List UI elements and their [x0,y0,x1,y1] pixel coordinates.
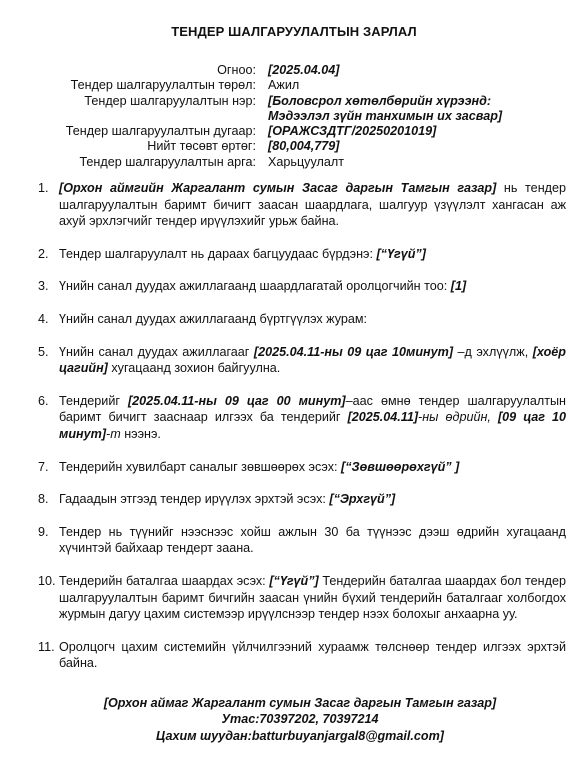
list-item-text: Үнийн санал дуудах ажиллагаанд шаардлага… [59,278,566,295]
item-text-segment: -т [106,427,121,441]
meta-value-type: Ажил [268,78,588,93]
item-text-segment: Үнийн санал дуудах ажиллагааг [59,345,254,359]
emphasized-value: [“Үгүй”] [376,247,425,261]
list-item: 5.Үнийн санал дуудах ажиллагааг [2025.04… [38,344,566,377]
meta-row-date: Огноо: [2025.04.04] [0,63,588,78]
meta-value-budget: [80,004,779] [268,139,588,154]
list-item-text: Оролцогч цахим системийн үйлчилгээний ху… [59,639,566,672]
emphasized-value: [2025.04.11-ны 09 цаг 00 минут] [128,394,346,408]
footer-email: Цахим шуудан:batturbuyanjargal8@gmail.co… [0,728,588,744]
emphasized-value: [“Үгүй”] [269,574,318,588]
list-item-number: 7. [38,459,59,476]
meta-value-name: [Боловсрол хөтөлбөрийн хүрээнд: [268,94,588,109]
footer-organization: [Орхон аймаг Жаргалант сумын Засаг даргы… [0,695,588,711]
list-item-number: 10. [38,573,59,623]
item-text-segment: Тендерийн хувилбарт саналыг зөвшөөрөх эс… [59,460,341,474]
list-item-text: [Орхон аймгийн Жаргалант сумын Засаг дар… [59,180,566,230]
item-text-segment: Үнийн санал дуудах ажиллагаанд бүртгүүлэ… [59,312,367,326]
meta-label-empty [0,109,268,124]
emphasized-value: [“Зөвшөөрөхгүй” ] [341,460,459,474]
meta-row-name-cont: Мэдээлэл зүйн танхимын их засвар] [0,109,588,124]
item-text-segment: нээнэ. [121,427,161,441]
item-text-segment: Оролцогч цахим системийн үйлчилгээний ху… [59,640,566,671]
item-text-segment: -ны өдрийн, [418,410,498,424]
list-item-text: Үнийн санал дуудах ажиллагааг [2025.04.1… [59,344,566,377]
item-text-segment: Тендерийн баталгаа шаардах эсэх: [59,574,269,588]
item-text-segment: –д эхлүүлж, [453,345,533,359]
item-text-segment: Гадаадын этгээд тендер ирүүлэх эрхтэй эс… [59,492,329,506]
list-item-text: Тендерийн баталгаа шаардах эсэх: [“Үгүй”… [59,573,566,623]
list-item: 2.Тендер шалгаруулалт нь дараах багцууда… [38,246,566,263]
list-item-text: Тендер шалгаруулалт нь дараах багцуудаас… [59,246,566,263]
tender-announcement-page: ТЕНДЕР ШАЛГАРУУЛАЛТЫН ЗАРЛАЛ Огноо: [202… [0,0,588,762]
meta-row-number: Тендер шалгаруулалтын дугаар: [ОРАЖСЗДТГ… [0,124,588,139]
emphasized-value: [“Эрхгүй”] [329,492,395,506]
emphasized-value: [2025.04.11] [348,410,418,424]
list-item: 10.Тендерийн баталгаа шаардах эсэх: [“Үг… [38,573,566,623]
list-item-number: 2. [38,246,59,263]
list-item: 4.Үнийн санал дуудах ажиллагаанд бүртгүү… [38,311,566,328]
emphasized-value: [2025.04.11-ны 09 цаг 10минут] [254,345,453,359]
list-item-number: 8. [38,491,59,508]
meta-label: Огноо: [0,63,268,78]
meta-label: Тендер шалгаруулалтын дугаар: [0,124,268,139]
list-item-text: Тендер нь түүнийг нээснээс хойш ажлын 30… [59,524,566,557]
meta-value-method: Харьцуулалт [268,155,588,170]
item-text-segment: хугацаанд зохион байгуулна. [108,361,280,375]
meta-row-type: Тендер шалгаруулалтын төрөл: Ажил [0,78,588,93]
list-item-number: 4. [38,311,59,328]
contact-footer: [Орхон аймаг Жаргалант сумын Засаг даргы… [0,695,588,744]
list-item: 1.[Орхон аймгийн Жаргалант сумын Засаг д… [38,180,566,230]
meta-label: Нийт төсөвт өртөг: [0,139,268,154]
list-item-text: Тендерийг [2025.04.11-ны 09 цаг 00 минут… [59,393,566,443]
list-item: 9.Тендер нь түүнийг нээснээс хойш ажлын … [38,524,566,557]
item-text-segment: Тендер шалгаруулалт нь дараах багцуудаас… [59,247,376,261]
list-item-number: 3. [38,278,59,295]
list-item-number: 9. [38,524,59,557]
meta-value-number: [ОРАЖСЗДТГ/20250201019] [268,124,588,139]
meta-label: Тендер шалгаруулалтын төрөл: [0,78,268,93]
meta-label: Тендер шалгаруулалтын нэр: [0,94,268,109]
list-item: 7.Тендерийн хувилбарт саналыг зөвшөөрөх … [38,459,566,476]
item-text-segment: Үнийн санал дуудах ажиллагаанд шаардлага… [59,279,451,293]
list-item-number: 11. [38,639,59,672]
list-item: 8.Гадаадын этгээд тендер ирүүлэх эрхтэй … [38,491,566,508]
list-item-text: Тендерийн хувилбарт саналыг зөвшөөрөх эс… [59,459,566,476]
list-item: 11.Оролцогч цахим системийн үйлчилгээний… [38,639,566,672]
tender-meta-table: Огноо: [2025.04.04] Тендер шалгаруулалты… [0,63,588,170]
numbered-conditions-list: 1.[Орхон аймгийн Жаргалант сумын Засаг д… [38,180,566,688]
emphasized-value: [Орхон аймгийн Жаргалант сумын Засаг дар… [59,181,496,195]
list-item: 6.Тендерийг [2025.04.11-ны 09 цаг 00 мин… [38,393,566,443]
footer-phone: Утас:70397202, 70397214 [0,711,588,727]
document-title: ТЕНДЕР ШАЛГАРУУЛАЛТЫН ЗАРЛАЛ [0,24,588,39]
item-text-segment: Тендер нь түүнийг нээснээс хойш ажлын 30… [59,525,566,556]
meta-row-budget: Нийт төсөвт өртөг: [80,004,779] [0,139,588,154]
meta-row-name: Тендер шалгаруулалтын нэр: [Боловсрол хө… [0,94,588,109]
meta-row-method: Тендер шалгаруулалтын арга: Харьцуулалт [0,155,588,170]
list-item-number: 6. [38,393,59,443]
item-text-segment: Тендерийг [59,394,128,408]
meta-label: Тендер шалгаруулалтын арга: [0,155,268,170]
meta-value-date: [2025.04.04] [268,63,588,78]
list-item-number: 1. [38,180,59,230]
list-item-text: Гадаадын этгээд тендер ирүүлэх эрхтэй эс… [59,491,566,508]
list-item-text: Үнийн санал дуудах ажиллагаанд бүртгүүлэ… [59,311,566,328]
list-item: 3.Үнийн санал дуудах ажиллагаанд шаардла… [38,278,566,295]
meta-value-name-line2: Мэдээлэл зүйн танхимын их засвар] [268,109,588,124]
list-item-number: 5. [38,344,59,377]
emphasized-value: [1] [451,279,466,293]
